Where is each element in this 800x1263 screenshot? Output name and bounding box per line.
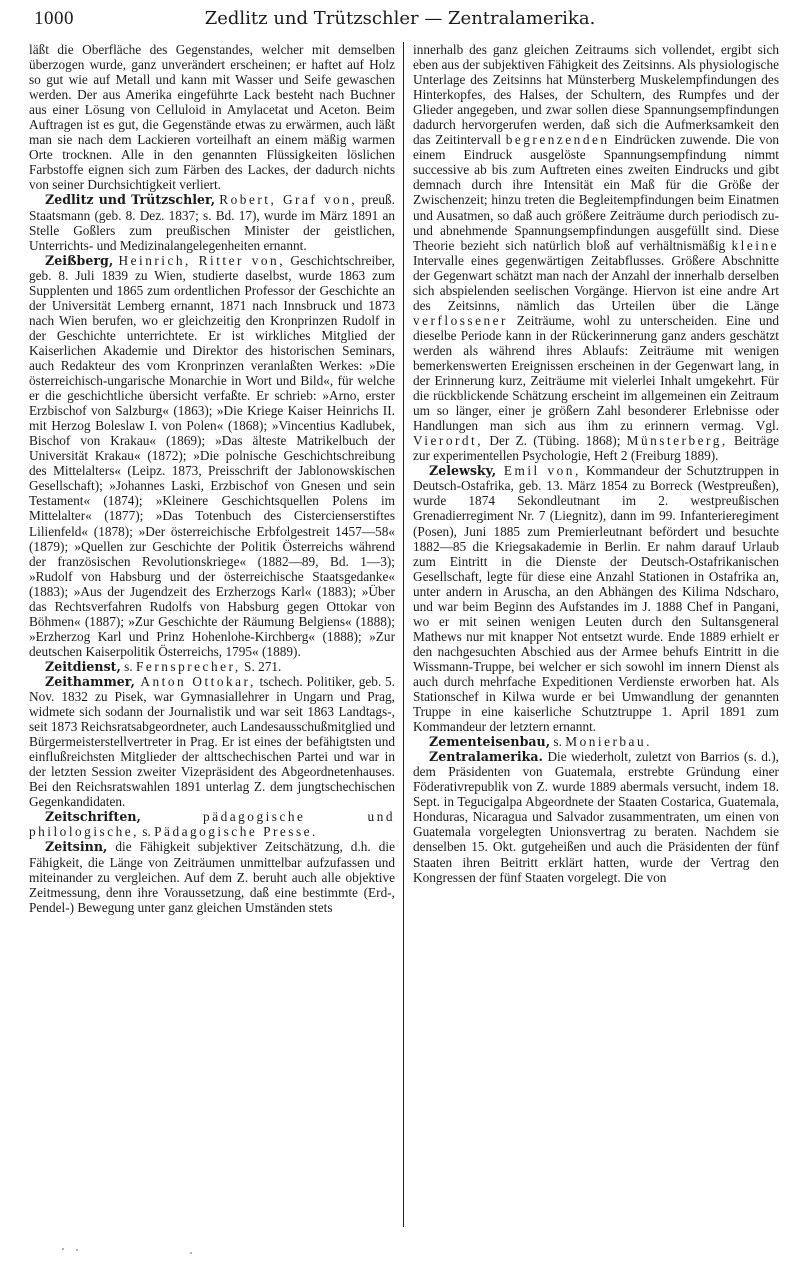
entry-headword: Zedlitz und Trützschler, — [45, 192, 215, 207]
page-header: 1000 Zedlitz und Trützschler — Zentralam… — [34, 8, 766, 36]
entry-body: tschech. Politiker, geb. 5. Nov. 1832 zu… — [29, 674, 395, 809]
entry-body: Die wiederholt, zuletzt von Barrios (s. … — [413, 749, 779, 884]
speck — [62, 1248, 64, 1250]
cross-ref-prefix: s. — [139, 824, 154, 839]
emphasis-spaced: kleine — [732, 238, 780, 253]
entry-body: Der Z. (Tübing. 1868); — [483, 433, 627, 448]
entry-headword: Zeitsinn, — [45, 839, 107, 854]
entry-name-spaced: Emil von, — [496, 463, 581, 478]
cross-ref-prefix: s. — [550, 734, 565, 749]
author-name-spaced: Vierordt, — [413, 433, 483, 448]
entry-headword: Zelewsky, — [429, 463, 496, 478]
entry-headword: Zeitdienst, — [45, 659, 121, 674]
entry-body: Geschichtschreiber, geb. 8. Juli 1839 zu… — [29, 253, 395, 659]
cross-reference-link[interactable]: Pädagogische Presse. — [154, 824, 318, 839]
entry-zeitsinn: Zeitsinn, die Fähigkeit subjektiver Zeit… — [29, 839, 395, 914]
entry-zementeisenbau: Zementeisenbau, s. Monierbau. — [413, 734, 779, 749]
entry-zelewsky: Zelewsky, Emil von, Kommandeur der Schut… — [413, 463, 779, 734]
speck — [190, 1252, 192, 1254]
entry-body: Kommandeur der Schutztruppen in Deutsch-… — [413, 463, 779, 734]
entry-zeitschriften: Zeitschriften, pädagogische und philolog… — [29, 809, 395, 839]
entry-headword: Zentralamerika. — [429, 749, 543, 764]
running-head: Zedlitz und Trützschler — Zentralamerika… — [34, 8, 766, 29]
speck — [76, 1249, 78, 1251]
continued-entry-zeitsinn: innerhalb des ganz gleichen Zeitraums si… — [413, 42, 779, 463]
entry-zeissberg: Zeißberg, Heinrich, Ritter von, Geschich… — [29, 253, 395, 659]
entry-zeithammer: Zeithammer, Anton Ottokar, tschech. Poli… — [29, 674, 395, 809]
right-column: innerhalb des ganz gleichen Zeitraums si… — [413, 42, 779, 885]
emphasis-spaced: verflossener — [413, 313, 508, 328]
entry-name-spaced: Heinrich, Ritter von, — [119, 253, 286, 268]
entry-headword: Zementeisenbau, — [429, 734, 550, 749]
column-divider — [403, 42, 404, 1227]
entry-zeitdienst: Zeitdienst, s. Fernsprecher, S. 271. — [29, 659, 395, 674]
entry-headword: Zeithammer, — [45, 674, 135, 689]
author-name-spaced: Münsterberg, — [627, 433, 728, 448]
cross-reference-link[interactable]: Fernsprecher, — [136, 659, 241, 674]
two-column-body: läßt die Oberfläche des Gegenstandes, we… — [29, 42, 779, 1227]
emphasis-spaced: begrenzenden — [506, 132, 610, 147]
entry-headword: Zeitschriften, — [45, 809, 141, 824]
entry-zedlitz: Zedlitz und Trützschler, Robert, Graf vo… — [29, 192, 395, 252]
entry-body: Zeiträume, wohl zu unterscheiden. Eine u… — [413, 313, 779, 433]
entry-name-spaced: Robert, Graf von, — [219, 192, 357, 207]
entry-zentralamerika: Zentralamerika. Die wiederholt, zuletzt … — [413, 749, 779, 884]
entry-body: Intervalle eines gegenwärtigen Zeitabflu… — [413, 253, 779, 313]
entry-name-spaced: Anton Ottokar, — [135, 674, 256, 689]
cross-ref-prefix: s. — [121, 659, 136, 674]
entry-body: S. 271. — [241, 659, 282, 674]
entry-body: Eindrücken zuwende. Die von einem Eindru… — [413, 132, 779, 252]
cross-reference-link[interactable]: Monierbau. — [565, 734, 652, 749]
continued-entry-text: läßt die Oberfläche des Gegenstandes, we… — [29, 42, 395, 192]
print-specks — [60, 1248, 260, 1254]
left-column: läßt die Oberfläche des Gegenstandes, we… — [29, 42, 395, 915]
entry-headword: Zeißberg, — [45, 253, 113, 268]
